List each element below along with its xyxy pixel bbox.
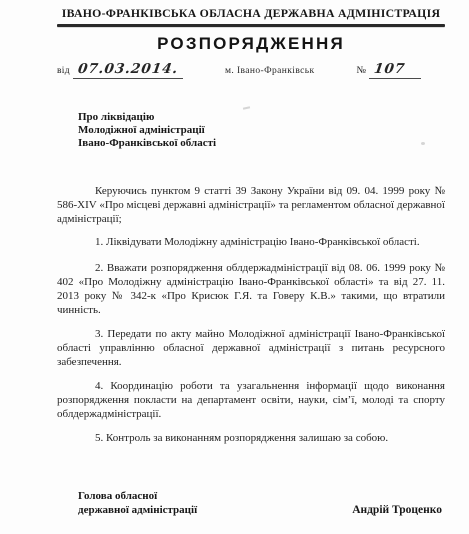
date-label: від: [57, 66, 70, 76]
order-item-5: 5. Контроль за виконанням розпорядження …: [57, 431, 445, 445]
order-item-3: 3. Передати по акту майно Молодіжної адм…: [57, 327, 445, 369]
document-type-title: РОЗПОРЯДЖЕННЯ: [57, 34, 445, 54]
scan-artifact: [421, 142, 425, 145]
document-page: ІВАНО-ФРАНКІВСЬКА ОБЛАСНА ДЕРЖАВНА АДМІН…: [0, 0, 469, 534]
number-zone: № 107: [356, 61, 421, 79]
signer-name: Андрій Троценко: [352, 503, 445, 517]
signature-block: Голова обласної державної адміністрації …: [57, 489, 445, 517]
date-underline: 07.03.2014.: [73, 61, 183, 79]
order-item-2: 2. Вважати розпорядження облдержадмініст…: [57, 261, 445, 317]
org-name-header: ІВАНО-ФРАНКІВСЬКА ОБЛАСНА ДЕРЖАВНА АДМІН…: [57, 6, 445, 20]
subject-line: Івано-Франківської області: [78, 137, 445, 150]
number-label: №: [356, 65, 366, 76]
subject-line: Молодіжної адміністрації: [78, 124, 445, 137]
signer-position-line: Голова обласної: [78, 489, 197, 503]
document-content: ІВАНО-ФРАНКІВСЬКА ОБЛАСНА ДЕРЖАВНА АДМІН…: [0, 0, 469, 517]
signer-position-line: державної адміністрації: [78, 503, 197, 517]
order-item-1: 1. Ліквідувати Молодіжну адміністрацію І…: [57, 235, 445, 249]
date-value-handwritten: 07.03.2014.: [77, 61, 179, 77]
document-body: Керуючись пунктом 9 статті 39 Закону Укр…: [57, 184, 445, 445]
place-name: м. Івано-Франківськ: [183, 66, 356, 76]
order-item-4: 4. Координацію роботи та узагальнення ін…: [57, 379, 445, 421]
number-value-handwritten: 107: [373, 61, 406, 77]
header-rule: [57, 24, 445, 27]
subject-line: Про ліквідацію: [78, 111, 445, 124]
signer-position: Голова обласної державної адміністрації: [78, 489, 197, 517]
intro-paragraph: Керуючись пунктом 9 статті 39 Закону Укр…: [57, 184, 445, 226]
number-underline: 107: [369, 61, 421, 79]
date-zone: від 07.03.2014.: [57, 61, 183, 79]
subject-block: Про ліквідацію Молодіжної адміністрації …: [78, 111, 445, 150]
meta-row: від 07.03.2014. м. Івано-Франківськ № 10…: [57, 61, 445, 79]
